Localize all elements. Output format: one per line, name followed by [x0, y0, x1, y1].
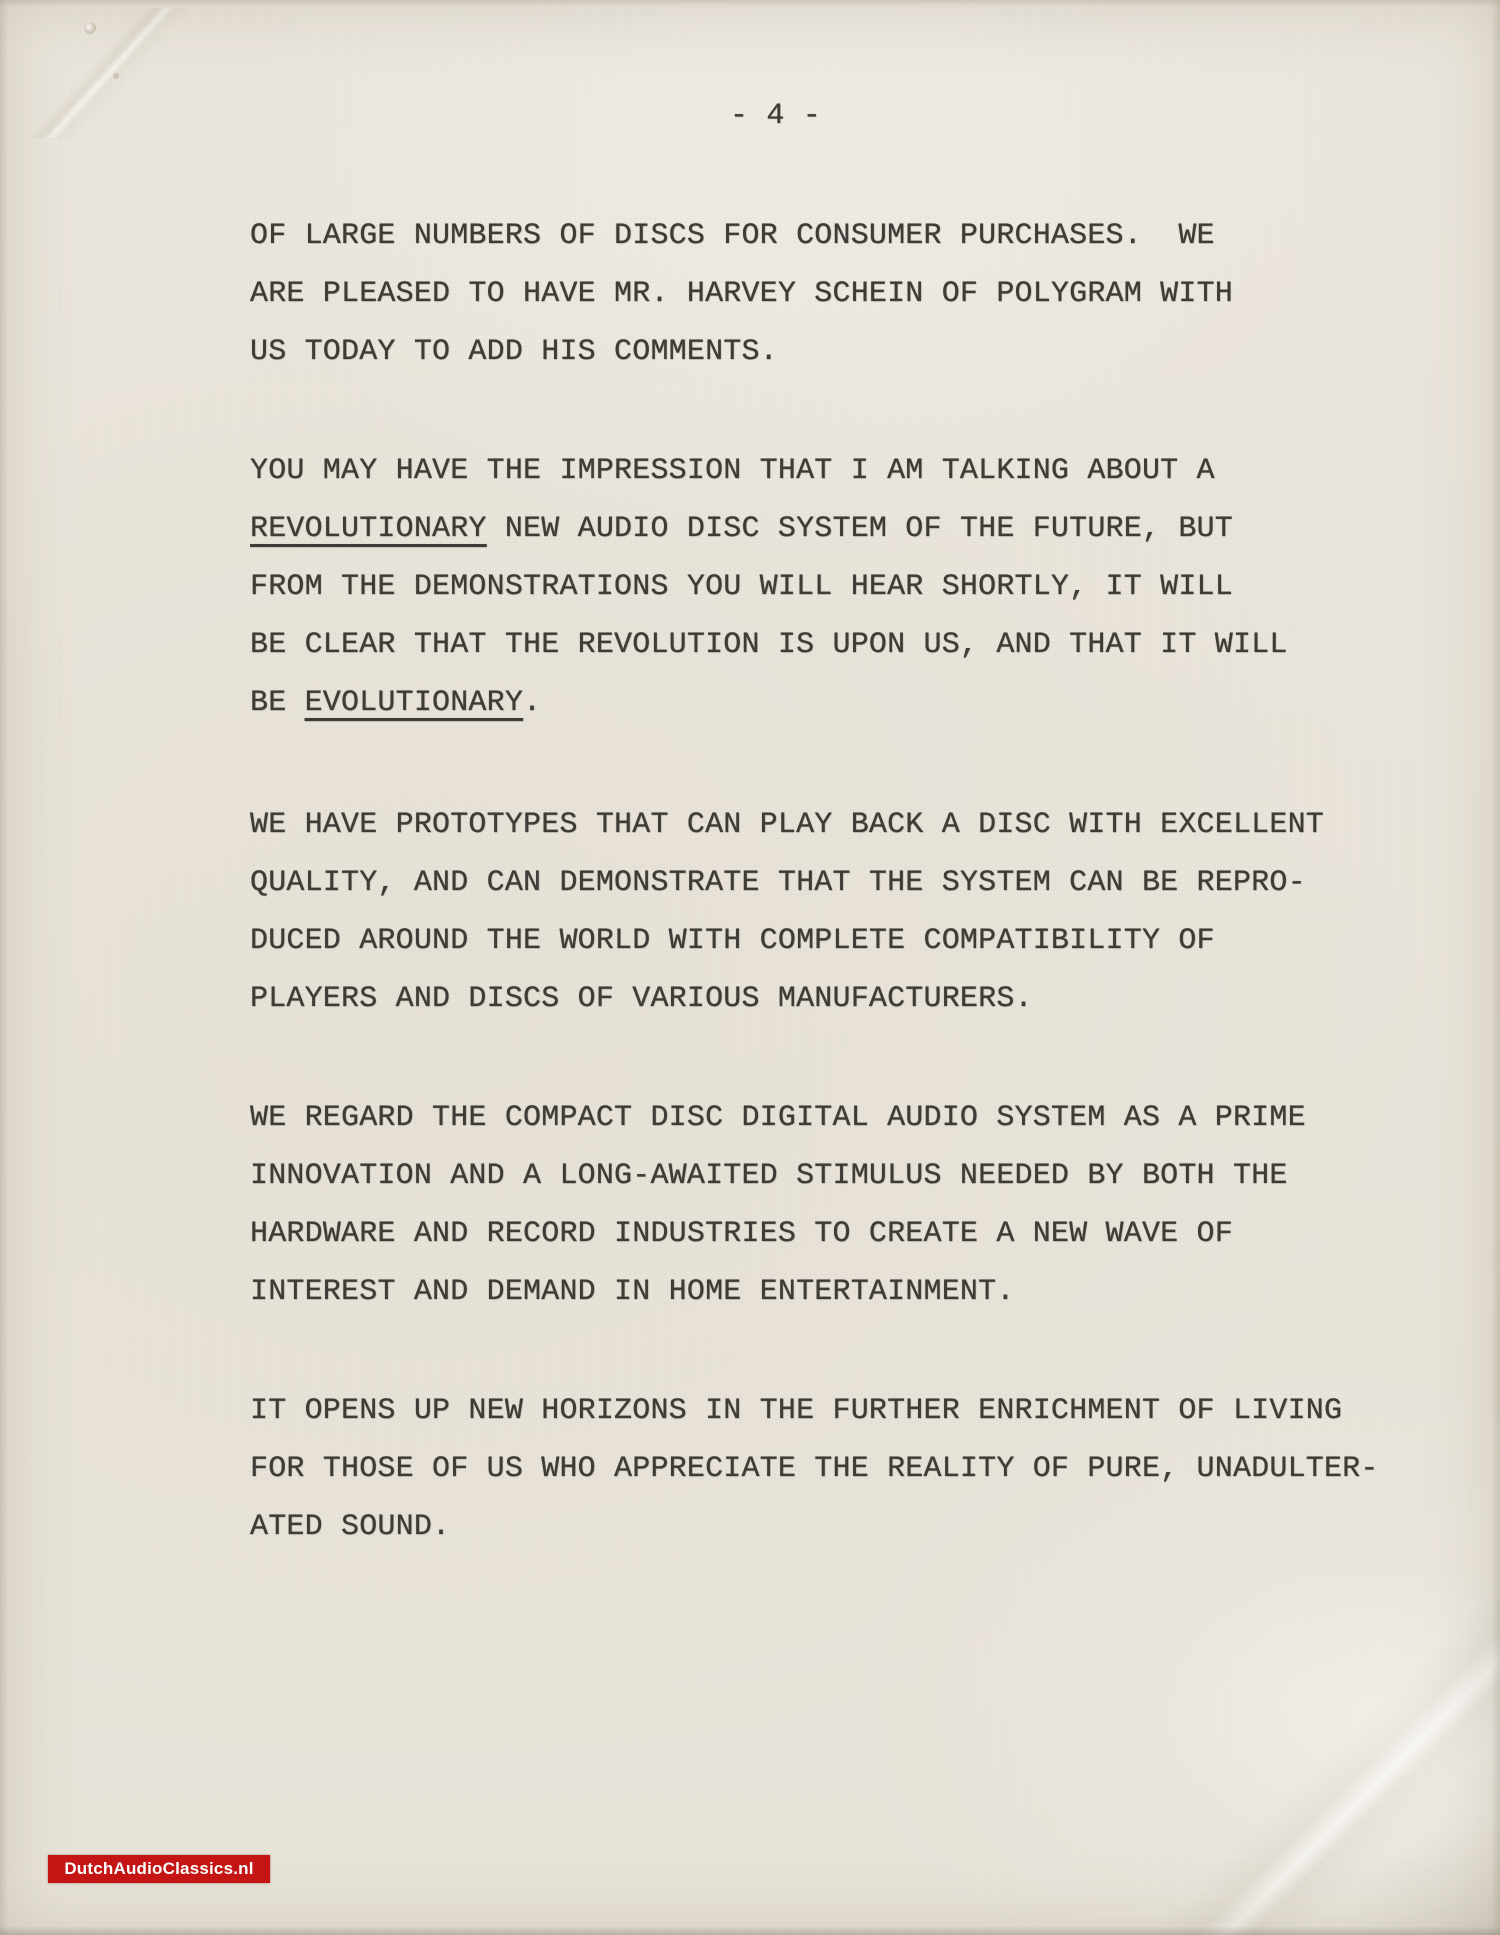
staple-hole-mark: [84, 22, 96, 34]
underlined-word: EVOLUTIONARY: [305, 686, 523, 720]
text-line: FROM THE DEMONSTRATIONS YOU WILL HEAR SH…: [250, 558, 1288, 616]
text-line: PLAYERS AND DISCS OF VARIOUS MANUFACTURE…: [250, 970, 1324, 1028]
page-number: - 4 -: [730, 87, 821, 145]
document-page: - 4 - OF LARGE NUMBERS OF DISCS FOR CONS…: [0, 0, 1500, 1935]
text-line: REVOLUTIONARY NEW AUDIO DISC SYSTEM OF T…: [250, 500, 1288, 558]
underlined-word: REVOLUTIONARY: [250, 512, 487, 546]
text-line: BE EVOLUTIONARY.: [250, 674, 1288, 732]
text-line: DUCED AROUND THE WORLD WITH COMPLETE COM…: [250, 912, 1324, 970]
paper-edge-left: [0, 0, 9, 1935]
text-line: FOR THOSE OF US WHO APPRECIATE THE REALI…: [250, 1440, 1379, 1498]
text-line: YOU MAY HAVE THE IMPRESSION THAT I AM TA…: [250, 442, 1288, 500]
text-line: IT OPENS UP NEW HORIZONS IN THE FURTHER …: [250, 1382, 1379, 1440]
paper-fold-bottomright: [1120, 1575, 1500, 1935]
paper-edge-right: [1490, 0, 1500, 1935]
text-line: WE HAVE PROTOTYPES THAT CAN PLAY BACK A …: [250, 796, 1324, 854]
paper-crease-topleft: [18, 8, 188, 138]
paragraph: OF LARGE NUMBERS OF DISCS FOR CONSUMER P…: [250, 207, 1233, 381]
text-line: OF LARGE NUMBERS OF DISCS FOR CONSUMER P…: [250, 207, 1233, 265]
paper-edge-top: [0, 0, 1500, 6]
text-line: ATED SOUND.: [250, 1498, 1379, 1556]
text-line: BE CLEAR THAT THE REVOLUTION IS UPON US,…: [250, 616, 1288, 674]
text-line: QUALITY, AND CAN DEMONSTRATE THAT THE SY…: [250, 854, 1324, 912]
text-line: WE REGARD THE COMPACT DISC DIGITAL AUDIO…: [250, 1089, 1306, 1147]
text-line: US TODAY TO ADD HIS COMMENTS.: [250, 323, 1233, 381]
paragraph: YOU MAY HAVE THE IMPRESSION THAT I AM TA…: [250, 442, 1288, 732]
text-line: HARDWARE AND RECORD INDUSTRIES TO CREATE…: [250, 1205, 1306, 1263]
text-line: ARE PLEASED TO HAVE MR. HARVEY SCHEIN OF…: [250, 265, 1233, 323]
paper-edge-bottom: [0, 1926, 1500, 1935]
paragraph: WE REGARD THE COMPACT DISC DIGITAL AUDIO…: [250, 1089, 1306, 1321]
paragraph: WE HAVE PROTOTYPES THAT CAN PLAY BACK A …: [250, 796, 1324, 1028]
watermark-badge: DutchAudioClassics.nl: [48, 1855, 270, 1883]
paragraph: IT OPENS UP NEW HORIZONS IN THE FURTHER …: [250, 1382, 1379, 1556]
text-line: INTEREST AND DEMAND IN HOME ENTERTAINMEN…: [250, 1263, 1306, 1321]
text-line: INNOVATION AND A LONG-AWAITED STIMULUS N…: [250, 1147, 1306, 1205]
paper-corner-shadow: [1350, 1815, 1500, 1935]
